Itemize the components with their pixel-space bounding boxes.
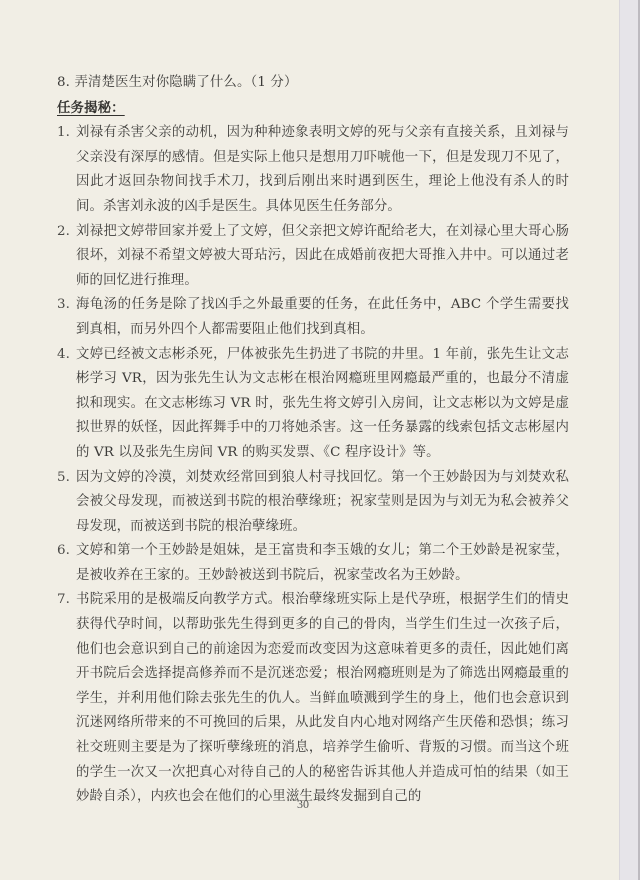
list-item: 7. 书院采用的是极端反向教学方式。根治孽缘班实际上是代孕班，根据学生们的情史获…	[57, 588, 569, 809]
page-number: 30	[297, 797, 309, 812]
scanner-edge	[620, 0, 640, 880]
list-item: 1. 刘禄有杀害父亲的动机，因为种种迹象表明文婷的死与父亲有直接关系，且刘禄与父…	[57, 121, 569, 219]
item-number: 4.	[57, 343, 76, 368]
list-item: 2. 刘禄把文婷带回家并爱上了文婷，但父亲把文婷许配给老大，在刘禄心里大哥心肠很…	[57, 220, 569, 294]
item-text: 刘禄有杀害父亲的动机，因为种种迹象表明文婷的死与父亲有直接关系，且刘禄与父亲没有…	[76, 125, 569, 214]
item-number: 1.	[57, 121, 76, 146]
item-text: 海龟汤的任务是除了找凶手之外最重要的任务，在此任务中，ABC 个学生需要找到真相…	[76, 297, 569, 337]
item-text: 刘禄把文婷带回家并爱上了文婷，但父亲把文婷许配给老大，在刘禄心里大哥心肠很坏，刘…	[76, 224, 569, 288]
list-item: 5. 因为文婷的冷漠，刘焚欢经常回到狼人村寻找回忆。第一个王妙龄因为与刘焚欢私会…	[57, 466, 569, 540]
question-8: 8. 弄清楚医生对你隐瞒了什么。（1 分）	[57, 71, 569, 96]
item-number: 6.	[57, 539, 76, 564]
item-number: 3.	[57, 293, 76, 318]
section-heading-wrapper: 任务揭秘：	[57, 96, 569, 122]
item-text: 书院采用的是极端反向教学方式。根治孽缘班实际上是代孕班，根据学生们的情史获得代孕…	[76, 592, 569, 804]
list-item: 4. 文婷已经被文志彬杀死，尸体被张先生扔进了书院的井里。1 年前，张先生让文志…	[57, 343, 569, 466]
item-text: 文婷和第一个王妙龄是姐妹，是王富贵和李玉娥的女儿；第二个王妙龄是祝家莹，是被收养…	[76, 543, 569, 583]
reveal-list: 1. 刘禄有杀害父亲的动机，因为种种迹象表明文婷的死与父亲有直接关系，且刘禄与父…	[57, 121, 569, 810]
item-number: 7.	[57, 588, 76, 613]
item-text: 因为文婷的冷漠，刘焚欢经常回到狼人村寻找回忆。第一个王妙龄因为与刘焚欢私会被父母…	[76, 470, 569, 534]
document-page: 8. 弄清楚医生对你隐瞒了什么。（1 分） 任务揭秘： 1. 刘禄有杀害父亲的动…	[0, 0, 620, 880]
item-number: 2.	[57, 220, 76, 245]
list-item: 3. 海龟汤的任务是除了找凶手之外最重要的任务，在此任务中，ABC 个学生需要找…	[57, 293, 569, 342]
list-item: 6. 文婷和第一个王妙龄是姐妹，是王富贵和李玉娥的女儿；第二个王妙龄是祝家莹，是…	[57, 539, 569, 588]
item-number: 5.	[57, 466, 76, 491]
page-content: 8. 弄清楚医生对你隐瞒了什么。（1 分） 任务揭秘： 1. 刘禄有杀害父亲的动…	[57, 71, 569, 810]
item-text: 文婷已经被文志彬杀死，尸体被张先生扔进了书院的井里。1 年前，张先生让文志彬学习…	[76, 347, 569, 460]
section-heading: 任务揭秘：	[57, 96, 125, 121]
